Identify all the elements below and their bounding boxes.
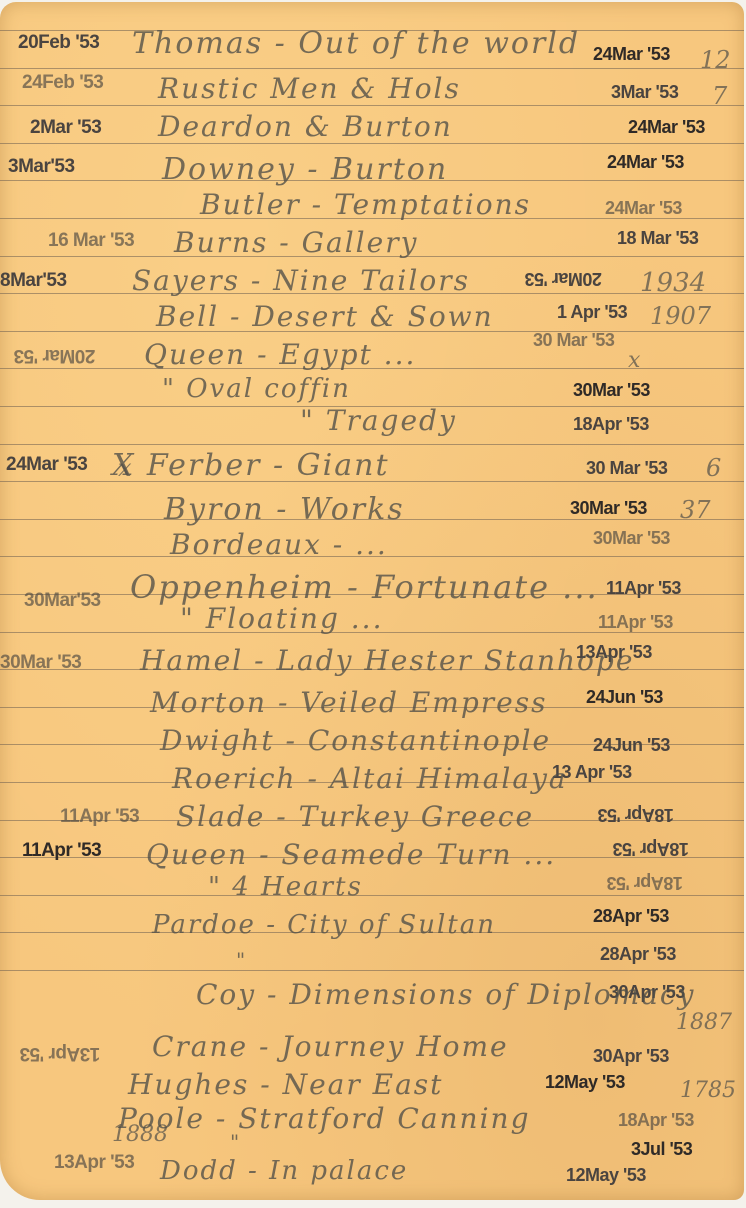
date-stamp: 20Feb '53 (18, 32, 99, 54)
ruled-line (0, 895, 744, 896)
date-stamp: 24Mar '53 (593, 44, 670, 65)
entry-text: " (230, 1130, 241, 1154)
margin-note: x (118, 454, 132, 482)
margin-note: 7 (712, 82, 727, 110)
date-stamp: 18Apr '53 (607, 872, 683, 893)
date-stamp: 28Apr '53 (593, 906, 669, 927)
ruled-line (0, 970, 744, 971)
entry-text: " Floating ... (180, 602, 383, 635)
date-stamp: 18Apr '53 (573, 414, 649, 435)
date-stamp: 11Apr '53 (60, 806, 139, 828)
margin-note: 1785 (680, 1078, 736, 1103)
entry-text: Bordeaux - ... (170, 528, 388, 561)
entry-text: Bell - Desert & Sown (156, 300, 494, 333)
date-stamp: 13Apr '53 (54, 1152, 134, 1174)
date-stamp: 8Mar'53 (0, 270, 67, 292)
margin-note: 1888 (112, 1122, 168, 1147)
entry-text: X Ferber - Giant (112, 448, 390, 483)
date-stamp: 1 Apr '53 (557, 302, 627, 323)
date-stamp: 30Apr '53 (593, 1046, 669, 1067)
entry-text: " Tragedy (300, 404, 457, 437)
date-stamp: 3Jul '53 (631, 1139, 692, 1160)
date-stamp: 12May '53 (566, 1165, 646, 1186)
date-stamp: 24Feb '53 (22, 72, 103, 94)
entry-text: Roerich - Altai Himalaya (172, 762, 568, 795)
margin-note: 12 (700, 46, 731, 74)
date-stamp: 18Apr '53 (613, 838, 689, 859)
entry-text: Deardon & Burton (158, 110, 453, 143)
entry-text: Downey - Burton (162, 152, 448, 187)
entry-text: Dodd - In palace (160, 1156, 408, 1186)
date-stamp: 30Mar '53 (570, 498, 647, 519)
date-stamp: 11Apr '53 (606, 578, 681, 599)
entry-text: " 4 Hearts (208, 872, 363, 902)
margin-note: x (628, 348, 640, 373)
record-card: 20Feb '5324Feb '532Mar '533Mar'5316 Mar … (0, 2, 744, 1200)
entry-text: Coy - Dimensions of Diplomacy (196, 978, 695, 1011)
margin-note: 1934 (640, 268, 706, 298)
ruled-line (0, 68, 744, 69)
entry-text: Oppenheim - Fortunate ... (130, 568, 599, 606)
date-stamp: 24Mar '53 (605, 198, 682, 219)
date-stamp: 16 Mar '53 (48, 230, 134, 252)
entry-text: Rustic Men & Hols (158, 72, 461, 105)
date-stamp: 30 Mar '53 (533, 330, 614, 351)
date-stamp: 18 Mar '53 (617, 228, 698, 249)
margin-note: 37 (680, 496, 711, 524)
entry-text: Sayers - Nine Tailors (132, 264, 470, 297)
entry-text: " Oval coffin (162, 374, 351, 404)
date-stamp: 11Apr '53 (598, 612, 673, 633)
date-stamp: 2Mar '53 (30, 117, 101, 139)
entry-text: Butler - Temptations (200, 188, 531, 221)
date-stamp: 24Mar '53 (6, 454, 87, 476)
entry-text: Crane - Journey Home (152, 1030, 509, 1063)
entry-text: Queen - Egypt ... (144, 338, 416, 371)
entry-text: Byron - Works (164, 492, 405, 527)
date-stamp: 30Mar '53 (593, 528, 670, 549)
margin-note: 6 (706, 454, 721, 482)
date-stamp: 12May '53 (545, 1072, 625, 1093)
date-stamp: 3Mar'53 (8, 156, 75, 178)
date-stamp: 24Jun '53 (586, 687, 663, 708)
date-stamp: 11Apr '53 (22, 840, 101, 862)
date-stamp: 30Mar'53 (24, 590, 101, 612)
date-stamp: 28Apr '53 (600, 944, 676, 965)
date-stamp: 30 Mar '53 (586, 458, 667, 479)
date-stamp: 24Jun '53 (593, 735, 670, 756)
date-stamp: 20Mar '53 (14, 344, 95, 366)
entry-text: " (236, 948, 247, 972)
entry-text: Slade - Turkey Greece (176, 800, 534, 833)
date-stamp: 24Mar '53 (607, 152, 684, 173)
date-stamp: 3Mar '53 (611, 82, 678, 103)
entry-text: Dwight - Constantinople (160, 724, 551, 757)
ruled-line (0, 444, 744, 445)
margin-note: 1907 (650, 302, 711, 330)
entry-text: Morton - Veiled Empress (150, 686, 547, 719)
ruled-line (0, 105, 744, 106)
date-stamp: 30Mar '53 (573, 380, 650, 401)
entry-text: Pardoe - City of Sultan (152, 910, 496, 940)
entry-text: Thomas - Out of the world (132, 26, 580, 61)
date-stamp: 13Apr '53 (20, 1042, 100, 1064)
entry-text: Poole - Stratford Canning (118, 1102, 531, 1135)
entry-text: Hamel - Lady Hester Stanhope (140, 644, 634, 677)
date-stamp: 18Apr '53 (618, 1110, 694, 1131)
entry-text: Queen - Seamede Turn ... (146, 838, 556, 871)
margin-note: 1887 (676, 1010, 732, 1035)
entry-text: Hughes - Near East (128, 1068, 443, 1101)
date-stamp: 18Apr '53 (598, 804, 674, 825)
date-stamp: 30Mar '53 (0, 652, 81, 674)
date-stamp: 20Mar '53 (525, 268, 602, 289)
entry-text: Burns - Gallery (174, 226, 418, 259)
date-stamp: 24Mar '53 (628, 117, 705, 138)
